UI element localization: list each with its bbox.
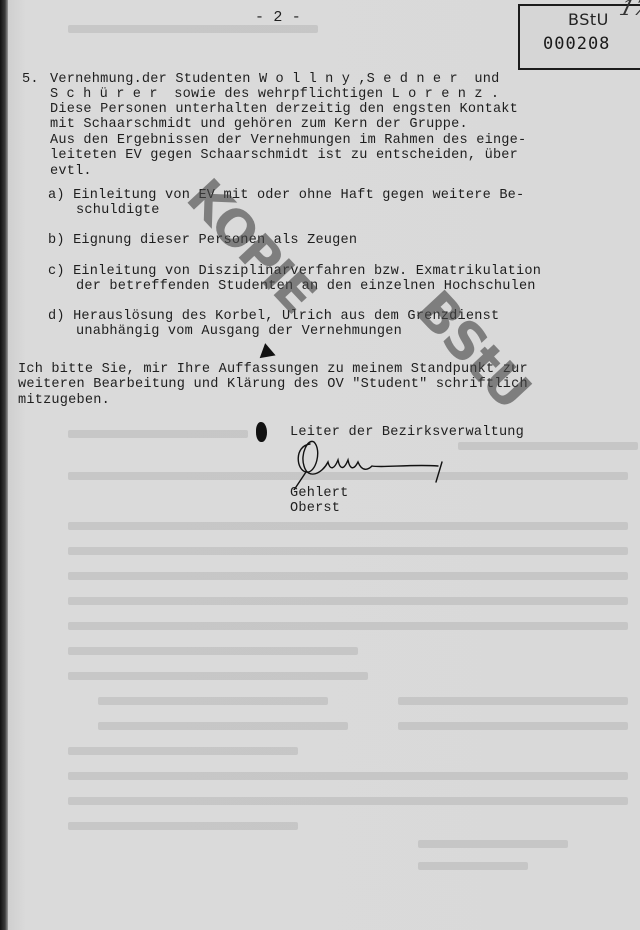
- name-lorenz: Lorenz: [392, 87, 491, 102]
- ink-blot: [256, 422, 267, 442]
- item5-line-2: Schürer sowie des wehrpflichtigen Lorenz…: [50, 87, 499, 102]
- scan-edge: [0, 0, 8, 930]
- stamp-serial: 000208: [543, 34, 610, 54]
- document-page: - 2 - BStU 000208 17 5. Vernehmung.der S…: [8, 0, 640, 930]
- signatory-title: Leiter der Bezirksverwaltung: [290, 425, 524, 440]
- name-schuerer: Schürer: [50, 87, 166, 102]
- name-sedner: Sedner: [367, 72, 466, 87]
- handwritten-signature-icon: [292, 440, 452, 490]
- page-number: - 2 -: [255, 10, 301, 25]
- item5-text: Diese Personen unterhalten derzeitig den…: [50, 102, 526, 179]
- sub-item-a-cont: schuldigte: [76, 203, 160, 218]
- arrow-mark-icon: [260, 343, 279, 363]
- sub-item-a: a) Einleitung von EV mit oder ohne Haft …: [48, 188, 524, 203]
- stamp-organization: BStU: [568, 10, 609, 29]
- item5-line-1: Vernehmung.der Studenten Wollny,Sedner u…: [50, 72, 499, 87]
- name-wollny: Wollny: [259, 72, 358, 87]
- item-number: 5.: [22, 72, 39, 87]
- signatory-name: Gehlert: [290, 486, 349, 501]
- sub-item-d-cont: unabhängig vom Ausgang der Vernehmungen: [76, 324, 402, 339]
- signatory-rank: Oberst: [290, 501, 340, 516]
